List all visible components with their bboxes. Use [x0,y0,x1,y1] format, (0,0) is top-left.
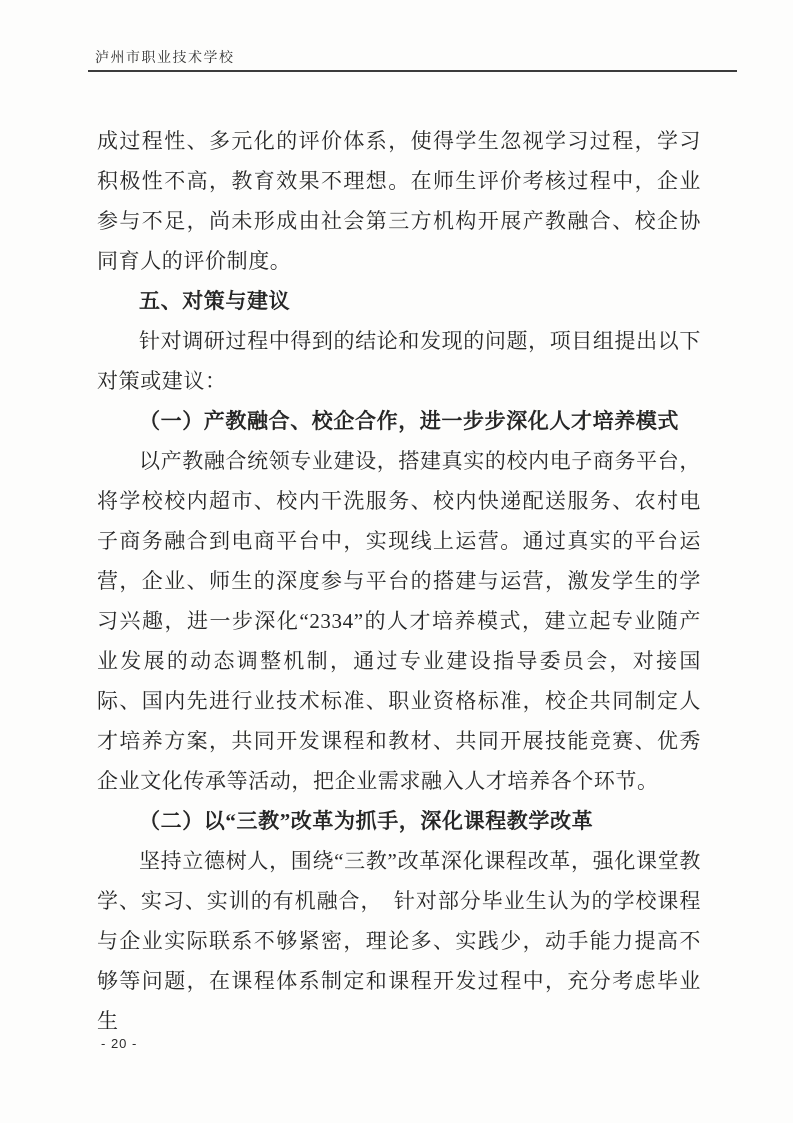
subheading-industry-education-integration: （一）产教融合、校企合作，进一步步深化人才培养模式 [97,401,701,441]
section-heading-countermeasures: 五、对策与建议 [97,281,701,321]
page-number: - 20 - [101,1036,137,1051]
paragraph-evaluation-issue: 成过程性、多元化的评价体系，使得学生忽视学习过程，学习积极性不高，教育效果不理想… [97,121,701,281]
paragraph-intro-suggestions: 针对调研过程中得到的结论和发现的问题，项目组提出以下对策或建议： [97,321,701,401]
subheading-three-education-reform: （二）以“三教”改革为抓手，深化课程教学改革 [97,801,701,841]
school-name: 泸州市职业技术学校 [95,47,235,67]
document-body: 成过程性、多元化的评价体系，使得学生忽视学习过程，学习积极性不高，教育效果不理想… [97,121,701,1041]
header-rule [88,70,737,72]
paragraph-curriculum-reform: 坚持立德树人，围绕“三教”改革深化课程改革，强化课堂教学、实习、实训的有机融合，… [97,841,701,1041]
paragraph-platform-construction: 以产教融合统领专业建设，搭建真实的校内电子商务平台，将学校校内超市、校内干洗服务… [97,441,701,801]
document-page: 泸州市职业技术学校 成过程性、多元化的评价体系，使得学生忽视学习过程，学习积极性… [0,0,793,1123]
